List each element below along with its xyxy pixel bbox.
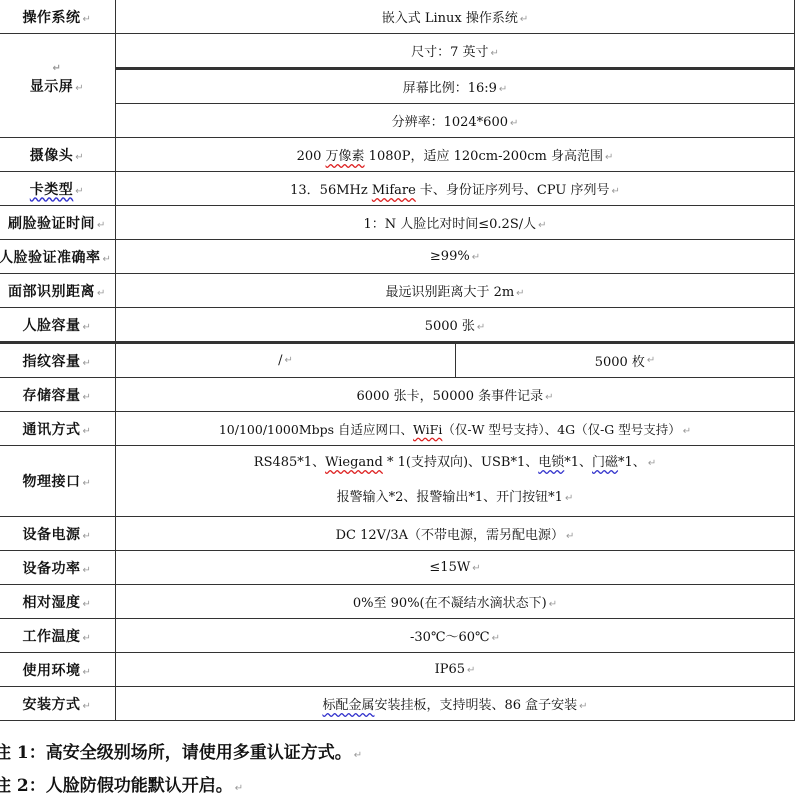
value-power-supply: DC 12V/3A（不带电源，需另配电源）↵ xyxy=(116,517,795,551)
row-operating-temp: 工作温度↵ -30℃～60℃↵ xyxy=(0,619,795,653)
row-face-verify-time: 刷脸验证时间↵ 1：N 人脸比对时间≤0.2S/人↵ xyxy=(0,206,795,240)
value-face-verify-time: 1：N 人脸比对时间≤0.2S/人↵ xyxy=(116,206,795,240)
row-os: 操作系统↵ 嵌入式 Linux 操作系统↵ xyxy=(0,0,795,34)
value-fingerprint-capacity: /↵ 5000 枚↵ xyxy=(116,343,795,378)
row-fingerprint-capacity: 指纹容量↵ /↵ 5000 枚↵ xyxy=(0,343,795,378)
label-fingerprint-capacity: 指纹容量↵ xyxy=(0,343,116,378)
value-fingerprint-right: 5000 枚↵ xyxy=(456,344,794,377)
label-card-type: 卡类型↵ xyxy=(0,172,116,206)
row-environment: 使用环境↵ IP65↵ xyxy=(0,653,795,687)
label-communication: 通讯方式↵ xyxy=(0,412,116,446)
row-display-2: 屏幕比例：16:9↵ xyxy=(0,69,795,104)
value-face-capacity: 5000 张↵ xyxy=(116,308,795,343)
value-installation: 标配金属安装挂板，支持明装、86 盒子安装↵ xyxy=(116,687,795,721)
label-display: ↵ 显示屏↵ xyxy=(0,34,116,138)
value-card-type: 13．56MHz Mifare 卡、身份证序列号、CPU 序列号↵ xyxy=(116,172,795,206)
label-face-distance: 面部识别距离↵ xyxy=(0,274,116,308)
note-2: 注 2：人脸防假功能默认开启。↵ xyxy=(0,771,362,800)
label-power-supply: 设备电源↵ xyxy=(0,517,116,551)
value-operating-temp: -30℃～60℃↵ xyxy=(116,619,795,653)
label-operating-temp: 工作温度↵ xyxy=(0,619,116,653)
value-display-size: 尺寸：7 英寸↵ xyxy=(116,34,795,69)
label-environment: 使用环境↵ xyxy=(0,653,116,687)
row-display-3: 分辨率：1024*600↵ xyxy=(0,104,795,138)
value-environment: IP65↵ xyxy=(116,653,795,687)
row-camera: 摄像头↵ 200 万像素 1080P，适应 120cm-200cm 身高范围↵ xyxy=(0,138,795,172)
value-power-consumption: ≤15W↵ xyxy=(116,551,795,585)
label-os: 操作系统↵ xyxy=(0,0,116,34)
row-face-accuracy: 人脸验证准确率↵ ≥99%↵ xyxy=(0,240,795,274)
value-face-accuracy: ≥99%↵ xyxy=(116,240,795,274)
value-camera: 200 万像素 1080P，适应 120cm-200cm 身高范围↵ xyxy=(116,138,795,172)
row-humidity: 相对湿度↵ 0%至 90%(在不凝结水滴状态下)↵ xyxy=(0,585,795,619)
row-card-type: 卡类型↵ 13．56MHz Mifare 卡、身份证序列号、CPU 序列号↵ xyxy=(0,172,795,206)
spec-table: 操作系统↵ 嵌入式 Linux 操作系统↵ ↵ 显示屏↵ 尺寸：7 英寸↵ 屏幕… xyxy=(0,0,795,721)
note-1: 注 1：高安全级别场所，请使用多重认证方式。↵ xyxy=(0,738,362,771)
label-storage: 存储容量↵ xyxy=(0,378,116,412)
label-face-capacity: 人脸容量↵ xyxy=(0,308,116,343)
physical-interface-line1: RS485*1、Wiegand * 1(支持双向)、USB*1、电锁*1、门磁*… xyxy=(116,446,794,481)
value-display-ratio: 屏幕比例：16:9↵ xyxy=(116,69,795,104)
footnotes: 注 1：高安全级别场所，请使用多重认证方式。↵ 注 2：人脸防假功能默认开启。↵ xyxy=(0,738,362,800)
value-face-distance: 最远识别距离大于 2m↵ xyxy=(116,274,795,308)
value-physical-interface: RS485*1、Wiegand * 1(支持双向)、USB*1、电锁*1、门磁*… xyxy=(116,446,795,517)
row-display-1: ↵ 显示屏↵ 尺寸：7 英寸↵ xyxy=(0,34,795,69)
label-face-accuracy: 人脸验证准确率↵ xyxy=(0,240,116,274)
value-storage: 6000 张卡，50000 条事件记录↵ xyxy=(116,378,795,412)
row-face-capacity: 人脸容量↵ 5000 张↵ xyxy=(0,308,795,343)
value-display-resolution: 分辨率：1024*600↵ xyxy=(116,104,795,138)
label-power-consumption: 设备功率↵ xyxy=(0,551,116,585)
physical-interface-line2: 报警输入*2、报警输出*1、开门按钮*1↵ xyxy=(116,481,794,516)
label-face-verify-time: 刷脸验证时间↵ xyxy=(0,206,116,240)
label-camera: 摄像头↵ xyxy=(0,138,116,172)
label-installation: 安装方式↵ xyxy=(0,687,116,721)
row-physical-interface: 物理接口↵ RS485*1、Wiegand * 1(支持双向)、USB*1、电锁… xyxy=(0,446,795,517)
label-humidity: 相对湿度↵ xyxy=(0,585,116,619)
row-communication: 通讯方式↵ 10/100/1000Mbps 自适应网口、WiFi（仅-W 型号支… xyxy=(0,412,795,446)
value-communication: 10/100/1000Mbps 自适应网口、WiFi（仅-W 型号支持）、4G（… xyxy=(116,412,795,446)
label-physical-interface: 物理接口↵ xyxy=(0,446,116,517)
row-storage: 存储容量↵ 6000 张卡，50000 条事件记录↵ xyxy=(0,378,795,412)
row-power-consumption: 设备功率↵ ≤15W↵ xyxy=(0,551,795,585)
row-face-distance: 面部识别距离↵ 最远识别距离大于 2m↵ xyxy=(0,274,795,308)
row-installation: 安装方式↵ 标配金属安装挂板，支持明装、86 盒子安装↵ xyxy=(0,687,795,721)
value-os: 嵌入式 Linux 操作系统↵ xyxy=(116,0,795,34)
value-fingerprint-left: /↵ xyxy=(116,344,456,377)
row-power-supply: 设备电源↵ DC 12V/3A（不带电源，需另配电源）↵ xyxy=(0,517,795,551)
value-humidity: 0%至 90%(在不凝结水滴状态下)↵ xyxy=(116,585,795,619)
